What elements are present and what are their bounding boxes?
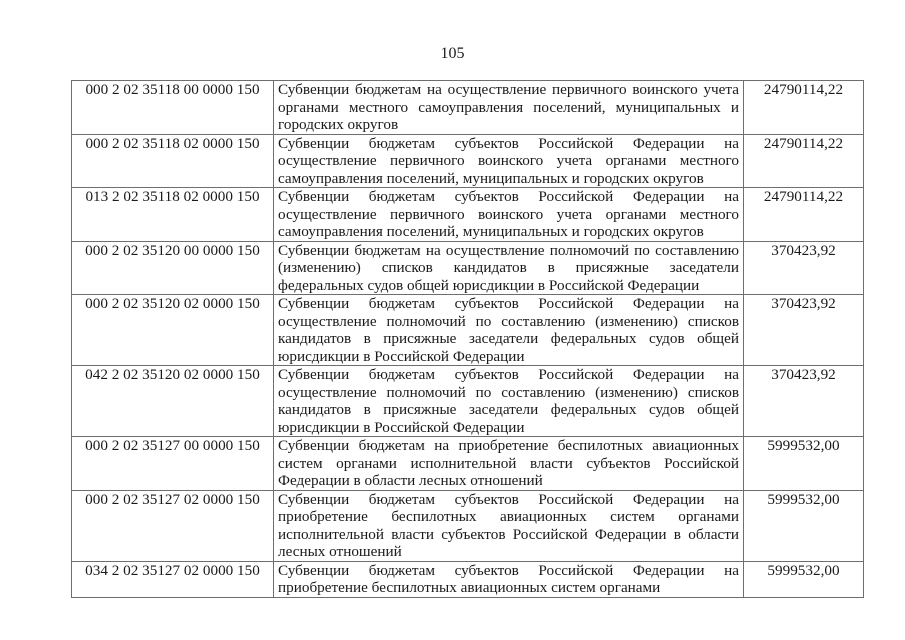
budget-code-cell: 000 2 02 35127 00 0000 150 xyxy=(72,437,274,491)
amount-cell: 24790114,22 xyxy=(744,188,864,242)
amount-cell: 5999532,00 xyxy=(744,490,864,561)
table-row: 000 2 02 35127 00 0000 150 Субвенции бюд… xyxy=(72,437,864,491)
description-cell: Субвенции бюджетам субъектов Российской … xyxy=(274,134,744,188)
amount-cell: 370423,92 xyxy=(744,295,864,366)
description-cell: Субвенции бюджетам субъектов Российской … xyxy=(274,188,744,242)
description-cell: Субвенции бюджетам субъектов Российской … xyxy=(274,295,744,366)
table-row: 042 2 02 35120 02 0000 150 Субвенции бюд… xyxy=(72,366,864,437)
table-row: 000 2 02 35120 02 0000 150 Субвенции бюд… xyxy=(72,295,864,366)
amount-cell: 5999532,00 xyxy=(744,561,864,597)
description-cell: Субвенции бюджетам субъектов Российской … xyxy=(274,490,744,561)
table-row: 000 2 02 35118 00 0000 150 Субвенции бюд… xyxy=(72,81,864,135)
budget-code-cell: 000 2 02 35118 00 0000 150 xyxy=(72,81,274,135)
budget-code-cell: 000 2 02 35120 00 0000 150 xyxy=(72,241,274,295)
description-cell: Субвенции бюджетам на приобретение беспи… xyxy=(274,437,744,491)
page-number: 105 xyxy=(0,45,905,63)
amount-cell: 24790114,22 xyxy=(744,134,864,188)
amount-cell: 24790114,22 xyxy=(744,81,864,135)
description-cell: Субвенции бюджетам на осуществление перв… xyxy=(274,81,744,135)
description-cell: Субвенции бюджетам на осуществление полн… xyxy=(274,241,744,295)
budget-code-cell: 034 2 02 35127 02 0000 150 xyxy=(72,561,274,597)
budget-code-cell: 000 2 02 35118 02 0000 150 xyxy=(72,134,274,188)
description-cell: Субвенции бюджетам субъектов Российской … xyxy=(274,366,744,437)
table-body: 000 2 02 35118 00 0000 150 Субвенции бюд… xyxy=(72,81,864,598)
description-cell: Субвенции бюджетам субъектов Российской … xyxy=(274,561,744,597)
budget-code-cell: 000 2 02 35120 02 0000 150 xyxy=(72,295,274,366)
budget-code-cell: 000 2 02 35127 02 0000 150 xyxy=(72,490,274,561)
amount-cell: 5999532,00 xyxy=(744,437,864,491)
table-row: 000 2 02 35127 02 0000 150 Субвенции бюд… xyxy=(72,490,864,561)
table-row: 034 2 02 35127 02 0000 150 Субвенции бюд… xyxy=(72,561,864,597)
table-row: 000 2 02 35120 00 0000 150 Субвенции бюд… xyxy=(72,241,864,295)
table-row: 013 2 02 35118 02 0000 150 Субвенции бюд… xyxy=(72,188,864,242)
amount-cell: 370423,92 xyxy=(744,366,864,437)
budget-code-cell: 013 2 02 35118 02 0000 150 xyxy=(72,188,274,242)
table-row: 000 2 02 35118 02 0000 150 Субвенции бюд… xyxy=(72,134,864,188)
amount-cell: 370423,92 xyxy=(744,241,864,295)
budget-revenue-table: 000 2 02 35118 00 0000 150 Субвенции бюд… xyxy=(71,80,864,598)
budget-code-cell: 042 2 02 35120 02 0000 150 xyxy=(72,366,274,437)
